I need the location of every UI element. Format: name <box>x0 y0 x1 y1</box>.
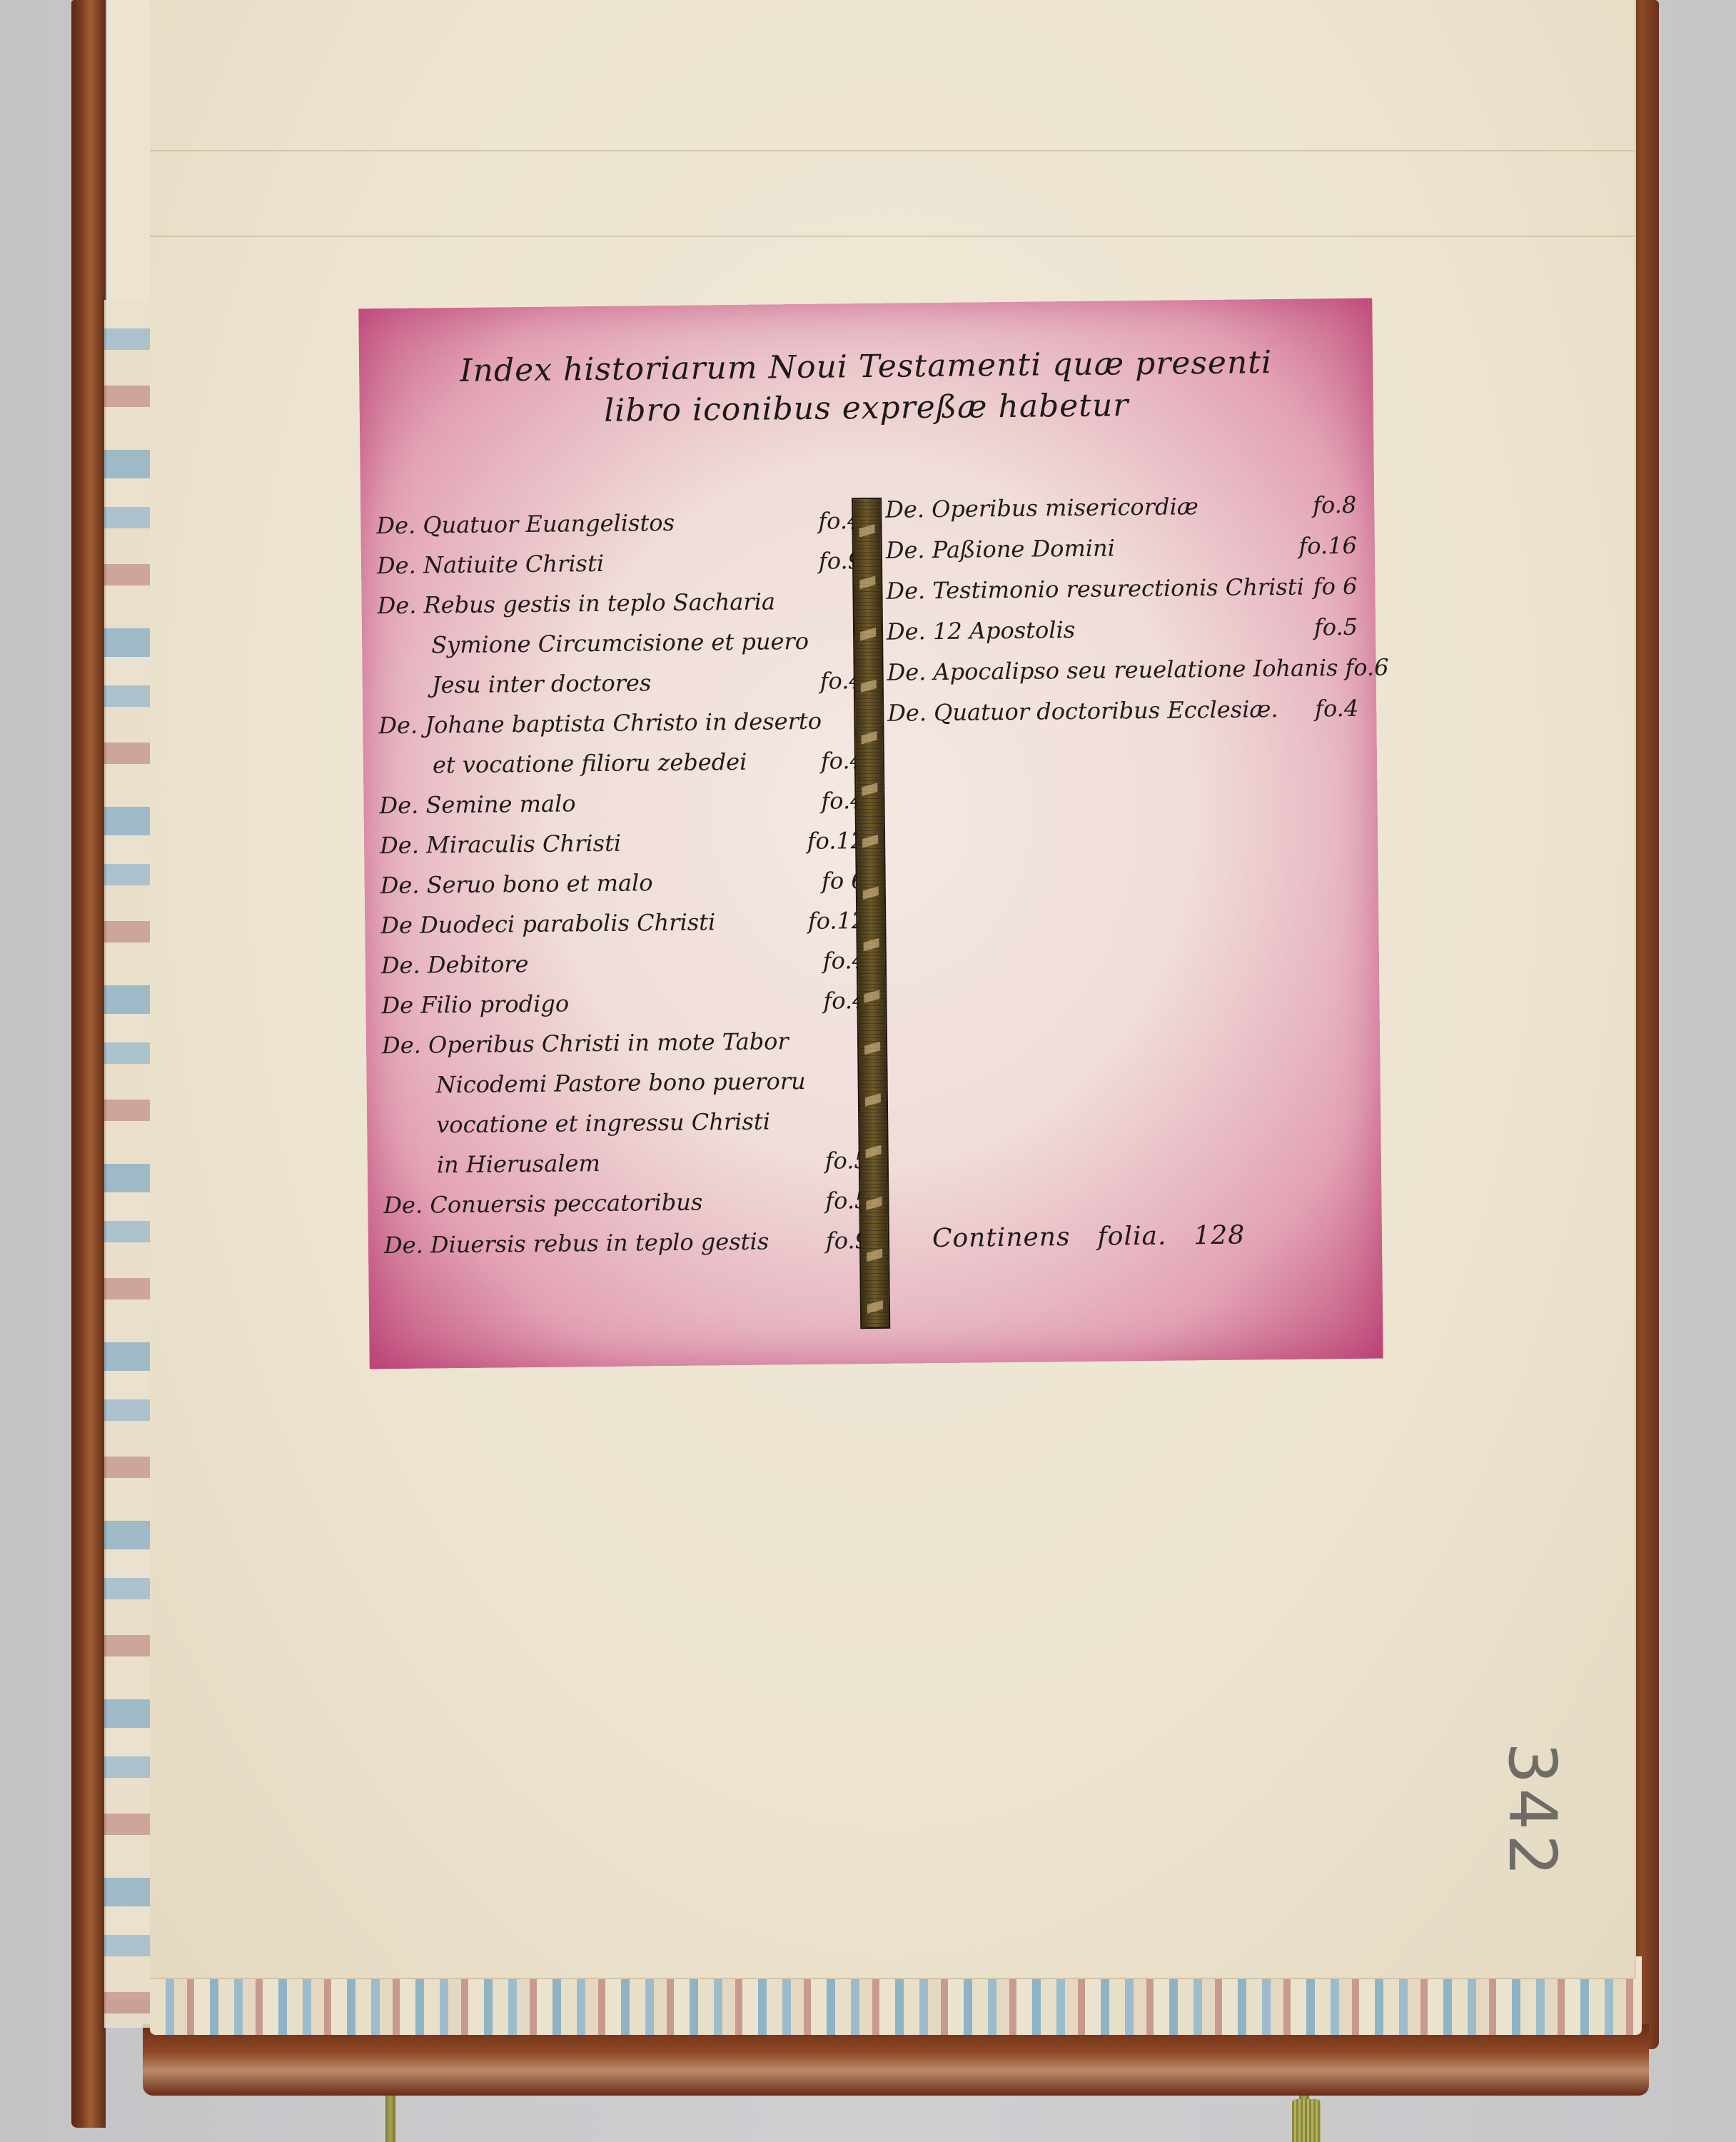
entry-title: De. Apocalipso seu reuelatione Iohanis <box>887 654 1338 686</box>
folio-ref: fo.6 <box>1338 653 1388 681</box>
entry-title: De. Seruo bono et malo <box>380 869 653 899</box>
index-entry: De. Operibus Christi in mote Tabor <box>382 1027 868 1072</box>
footer-word-folia: folia. <box>1097 1222 1166 1252</box>
entry-title: De. Quatuor Euangelistos <box>376 509 675 539</box>
paper-fold-line <box>150 236 1635 237</box>
index-entry: De. Testimonio resurectionis Christifo 6 <box>886 573 1358 618</box>
entry-title: De. Conuersis peccatoribus <box>383 1188 702 1219</box>
entry-title: De. Rebus gestis in teplo Sacharia <box>377 588 775 619</box>
footer-word-continens: Continens <box>932 1222 1071 1253</box>
index-entry-continuation: vocatione et ingressu Christi <box>383 1107 869 1152</box>
index-entry-continuation: Nicodemi Pastore bono pueroru <box>382 1067 868 1112</box>
entry-title: De Duodeci parabolis Christi <box>380 908 715 939</box>
index-right-column: De. Operibus misericordiæfo.8 De. Paßion… <box>885 491 1359 740</box>
entry-title: De. Operibus misericordiæ <box>885 493 1198 523</box>
folio-count-footer: Continensfolia.128 <box>932 1220 1273 1253</box>
index-entry: De. Miraculis Christifo.12 <box>380 827 866 872</box>
leather-binding-bottom <box>143 2024 1649 2096</box>
index-entry: De. Paßione Dominifo.16 <box>886 532 1358 578</box>
entry-title: De. 12 Apostolis <box>887 616 1076 645</box>
entry-title: De. Diuersis rebus in teplo gestis <box>384 1228 769 1259</box>
folio-ref: fo.5 <box>1307 613 1358 641</box>
entry-title: De. Natiuite Christi <box>377 550 604 579</box>
index-entry: De. Debitorefo.4 <box>381 947 867 992</box>
entry-title: De Filio prodigo <box>381 990 569 1019</box>
folio-ref: fo.8 <box>1306 491 1356 519</box>
index-entry-continuation: Jesu inter doctoresfo.4 <box>378 667 864 712</box>
index-entry: De. Johane baptista Christo in deserto <box>378 707 864 752</box>
entry-title: De. Johane baptista Christo in deserto <box>378 708 822 739</box>
marbled-edge-left <box>104 300 154 2028</box>
entry-title: De. Miraculis Christi <box>380 830 621 860</box>
index-entry: De. Quatuor Euangelistosfo.4 <box>376 507 862 552</box>
index-entry: De. Quatuor doctoribus Ecclesiæ.fo.4 <box>887 695 1359 740</box>
index-title: Index historiarum Noui Testamenti quæ pr… <box>416 341 1316 433</box>
index-entry: De. Operibus misericordiæfo.8 <box>885 491 1357 537</box>
entry-title: De. Debitore <box>381 950 529 979</box>
folio-ref: fo.16 <box>1291 532 1357 560</box>
entry-title: De. Operibus Christi in mote Tabor <box>382 1027 789 1059</box>
leather-binding-left <box>71 0 106 2128</box>
entry-title: et vocatione filioru zebedei <box>379 748 747 779</box>
index-entry: De. Diuersis rebus in teplo gestisfo.9 <box>384 1227 870 1272</box>
index-entry-continuation: in Hierusalemfo.5 <box>383 1147 869 1192</box>
index-print: Index historiarum Noui Testamenti quæ pr… <box>358 298 1383 1369</box>
entry-title: Nicodemi Pastore bono pueroru <box>382 1067 805 1099</box>
entry-title: De. Testimonio resurectionis Christi <box>886 573 1304 605</box>
ribbon-tassel <box>1292 2099 1321 2142</box>
index-entry: De. Semine malofo.4 <box>379 787 865 832</box>
entry-title: De. Semine malo <box>379 790 575 819</box>
index-entry: De Filio prodigofo.4 <box>381 987 867 1032</box>
index-entry: De. Conuersis peccatoribusfo.5 <box>383 1187 869 1232</box>
index-entry: De. Apocalipso seu reuelatione Iohanisfo… <box>887 654 1358 700</box>
index-entry: De. Rebus gestis in teplo Sacharia <box>377 587 863 632</box>
paper-fold-line <box>150 150 1635 151</box>
entry-title: Symione Circumcisione et puero <box>378 628 809 659</box>
index-entry: De Duodeci parabolis Christifo.12 <box>380 907 867 952</box>
entry-title: in Hierusalem <box>383 1150 600 1179</box>
footer-folio-count: 128 <box>1193 1221 1245 1251</box>
folio-ref: fo.4 <box>1308 695 1358 723</box>
entry-title: vocatione et ingressu Christi <box>383 1108 770 1140</box>
index-entry: De. Natiuite Christifo.9 <box>377 547 863 592</box>
index-entry: De. Seruo bono et malofo 6 <box>380 867 867 912</box>
entry-title: De. Quatuor doctoribus Ecclesiæ. <box>887 695 1278 727</box>
index-left-column: De. Quatuor Euangelistosfo.4 De. Natiuit… <box>376 507 869 1272</box>
folio-ref: fo 6 <box>1306 573 1358 600</box>
entry-title: De. Paßione Domini <box>886 534 1115 563</box>
index-entry-continuation: Symione Circumcisione et puero <box>378 627 864 672</box>
index-entry: De. 12 Apostolisfo.5 <box>887 613 1358 659</box>
index-entry-continuation: et vocatione filioru zebedeifo.4 <box>379 747 865 792</box>
pencil-shelfmark: 342 <box>1494 1742 1570 1881</box>
entry-title: Jesu inter doctores <box>378 669 652 699</box>
